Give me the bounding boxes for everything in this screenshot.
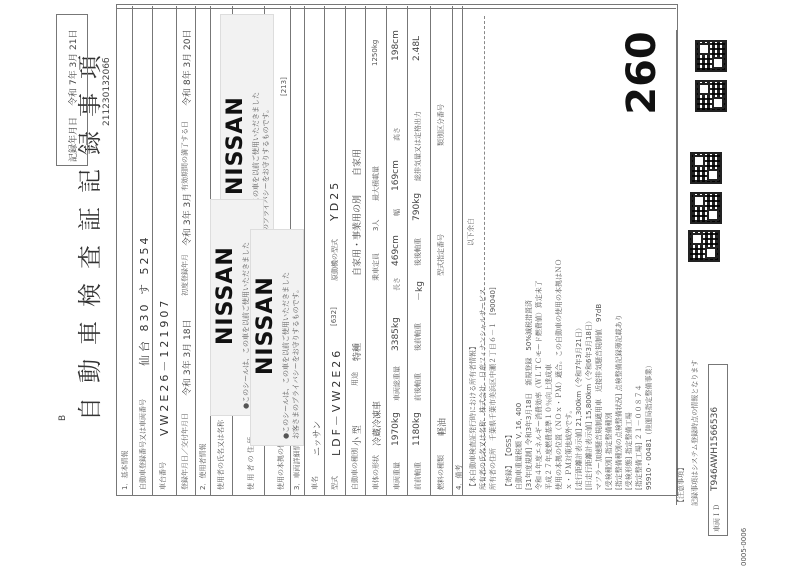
divider <box>304 6 305 496</box>
divider <box>152 6 153 496</box>
nissan-logo: NISSAN <box>253 276 278 375</box>
registration-value: 仙台 830 す 5254 <box>136 235 152 366</box>
capacity-label: 乗車定員 <box>371 253 381 281</box>
gross-label: 車両総重量 <box>392 366 402 401</box>
certificate-sheet: 自動車検査証記録事項 B 記録年月日 令和 7年 3月 21日 21123013… <box>0 0 800 566</box>
capacity-value: 3人 <box>371 220 381 231</box>
divider <box>462 6 463 496</box>
user-code-2: [213] <box>280 77 288 96</box>
rear-front-axle-value: －kg <box>412 281 425 301</box>
remark-line: 令和４年度エネルギー消費効率（ＷＬＴＣモード燃費値）算定未了 <box>534 10 544 490</box>
gross-value: 3385kg <box>391 317 401 351</box>
max-load-value: 1250kg <box>371 40 379 66</box>
privacy-sticker-3: NISSAN ●このシールは、この車を以前ご使用いただきました お客さまのプライ… <box>250 229 304 446</box>
remark-line: [指定整備工場] ２１－００８７４ <box>634 10 644 490</box>
remark-line: [旧走行距離計表示値] 15,800km（令和6年3月18日） <box>584 10 594 490</box>
remark-line: 所有者の住所 千葉県千葉市美浜区中瀬２丁目６－１ [90040] <box>488 10 498 490</box>
displacement-label: 総排気量又は定格出力 <box>413 111 423 181</box>
grade-mark: B <box>58 415 68 421</box>
section-user-info: 2．使用者情報 <box>198 444 208 490</box>
expiry-value: 令和 8年 3月 20日 <box>180 30 193 107</box>
classification-label: 類別区分番号 <box>436 104 446 146</box>
remark-line: [走行距離計表示値] 21,300km（令和7年3月21日） <box>574 10 584 490</box>
length-value: 469cm <box>391 235 401 266</box>
nissan-logo: NISSAN <box>223 96 248 195</box>
fuel-value: 軽油 <box>435 418 448 436</box>
nissan-logo: NISSAN <box>213 246 238 345</box>
registration-label: 自動車登録番号又は車両番号 <box>138 399 148 490</box>
max-load-label: 最大積載量 <box>371 166 381 201</box>
issue-date-label: 登録年月日／交付年月日 <box>180 413 190 490</box>
first-reg-label: 初度登録年月 <box>180 254 190 296</box>
weight-label: 車両重量 <box>392 462 402 490</box>
vehicle-name-value: ニッサン <box>310 421 323 456</box>
displacement-value: 2.48L <box>412 36 422 61</box>
remark-line: 【寄録】 【OSS】 <box>504 10 514 490</box>
engine-label: 原動機の型式 <box>330 239 340 281</box>
remarks-list: 【本自動車検査証発行時における所有者情報】所有者の氏名又は名称 株式会社 日産フ… <box>468 10 654 490</box>
first-reg-value: 令和 3年 3月 <box>180 193 193 246</box>
rear-rear-axle-value: 790kg <box>412 193 422 221</box>
remark-line: ｘ・ＰＭ対策地域外です。 <box>564 10 574 490</box>
divider <box>407 6 408 496</box>
model-value: LDF－VW2E26 <box>328 348 344 456</box>
rear-front-axle-label: 後前軸重 <box>413 323 423 351</box>
use-value: 特種 <box>350 343 363 361</box>
remark-line: 使用の本拠の位置（ＮＯｘ・ＰＭ）適合。この自動車の使用の本拠はＮＯ <box>554 10 564 490</box>
sticker-text-2: お客さまのプライバシーをお守りするものです。 <box>291 286 301 439</box>
front-axle-value: 1180kg <box>412 412 422 446</box>
chassis-label: 車台番号 <box>158 462 168 490</box>
vehicle-id-value: T946AWH1566536 <box>710 407 720 491</box>
height-value: 198cm <box>391 30 401 61</box>
width-value: 169cm <box>391 160 401 191</box>
length-label: 長さ <box>392 277 402 291</box>
vehicle-code-3: [632] <box>330 307 338 326</box>
user-name-label: 使用者の氏名又は名称 <box>216 420 226 490</box>
remark-line: 【本自動車検査証発行時における所有者情報】 <box>468 10 478 490</box>
fuel-label: 燃料の種類 <box>436 455 446 490</box>
divider <box>195 6 196 496</box>
divider <box>365 6 366 496</box>
body-value: 冷蔵冷凍車 <box>370 401 383 446</box>
remark-line: マフラー加速騒音規制適用車 近接排気騒音規制値 97dB <box>594 10 604 490</box>
divider <box>132 6 133 496</box>
section-basic-info: 1．基本情報 <box>120 451 130 490</box>
kind-value: 小 型 <box>350 425 363 446</box>
scanned-page: 260 自動車検査証記録事項 B 記録年月日 令和 7年 3月 21日 2112… <box>0 0 800 566</box>
width-label: 幅 <box>392 209 402 216</box>
divider <box>430 6 431 496</box>
chassis-value: VW2E26－121907 <box>156 298 172 436</box>
vehicle-id-label: 車両ＩＤ <box>712 504 722 532</box>
form-code: 0005-0006 <box>740 528 748 566</box>
remark-line: [31年度規制] 令和3年3月18日 新規登録 50%減税措置済 <box>524 10 534 490</box>
divider <box>386 6 387 496</box>
model-label: 型式 <box>330 476 340 490</box>
purpose-value: 自家用 <box>350 149 363 176</box>
notice-text: 記録事項はシステム登録時点の情報となります <box>690 360 700 506</box>
type-approval-label: 型式指定番号 <box>436 234 446 276</box>
front-rear-axle-label: 前後軸重 <box>413 373 423 401</box>
remark-line: [受検形態] 指定整備工場 <box>624 10 634 490</box>
kind-label: 自動車の種別 <box>350 448 360 490</box>
remark-line: 平成２７年度燃費基準１０％向上達成車 <box>544 10 554 490</box>
record-date-value: 令和 7年 3月 21日 <box>66 30 79 107</box>
divider <box>452 6 453 496</box>
vehicle-name-label: 車名 <box>310 476 320 490</box>
divider <box>324 6 325 496</box>
use-label: 用途 <box>350 372 360 386</box>
body-label: 車体の形状 <box>371 455 381 490</box>
rear-rear-axle-label: 後後軸重 <box>413 238 423 266</box>
weight-value: 1970kg <box>391 412 401 446</box>
remark-line: 95910・00481（陸運局指定整備事業） <box>644 10 654 490</box>
expiry-label: 有効期間の満了する日 <box>180 121 190 191</box>
remark-line: 所有者の氏名又は名称 株式会社 日産フィナンシャルサービス <box>478 10 488 490</box>
divider <box>176 6 177 496</box>
divider <box>345 6 346 496</box>
remark-line: [受検種別] 指定整備種別 <box>604 10 614 490</box>
notice-label: 【注意事項】 <box>676 464 686 506</box>
engine-value: YD25 <box>328 180 341 221</box>
sticker-text-1: ●このシールは、この車を以前ご使用いただきました <box>281 272 291 439</box>
remark-line: [指定整備種別の点検整備状況] 点検整備記録簿記載あり <box>614 10 624 490</box>
issue-date-value: 令和 3年 3月 18日 <box>180 320 193 397</box>
height-label: 高さ <box>392 127 402 141</box>
front-axle-label: 前前軸重 <box>413 462 423 490</box>
record-date-label: 記録年月日 <box>66 117 79 162</box>
document-number: 21123013206б <box>102 57 112 126</box>
remark-line: 自動車重量税額 V, 16, 400 <box>514 10 524 490</box>
purpose-label: 自家用・事業用の別 <box>350 195 363 276</box>
